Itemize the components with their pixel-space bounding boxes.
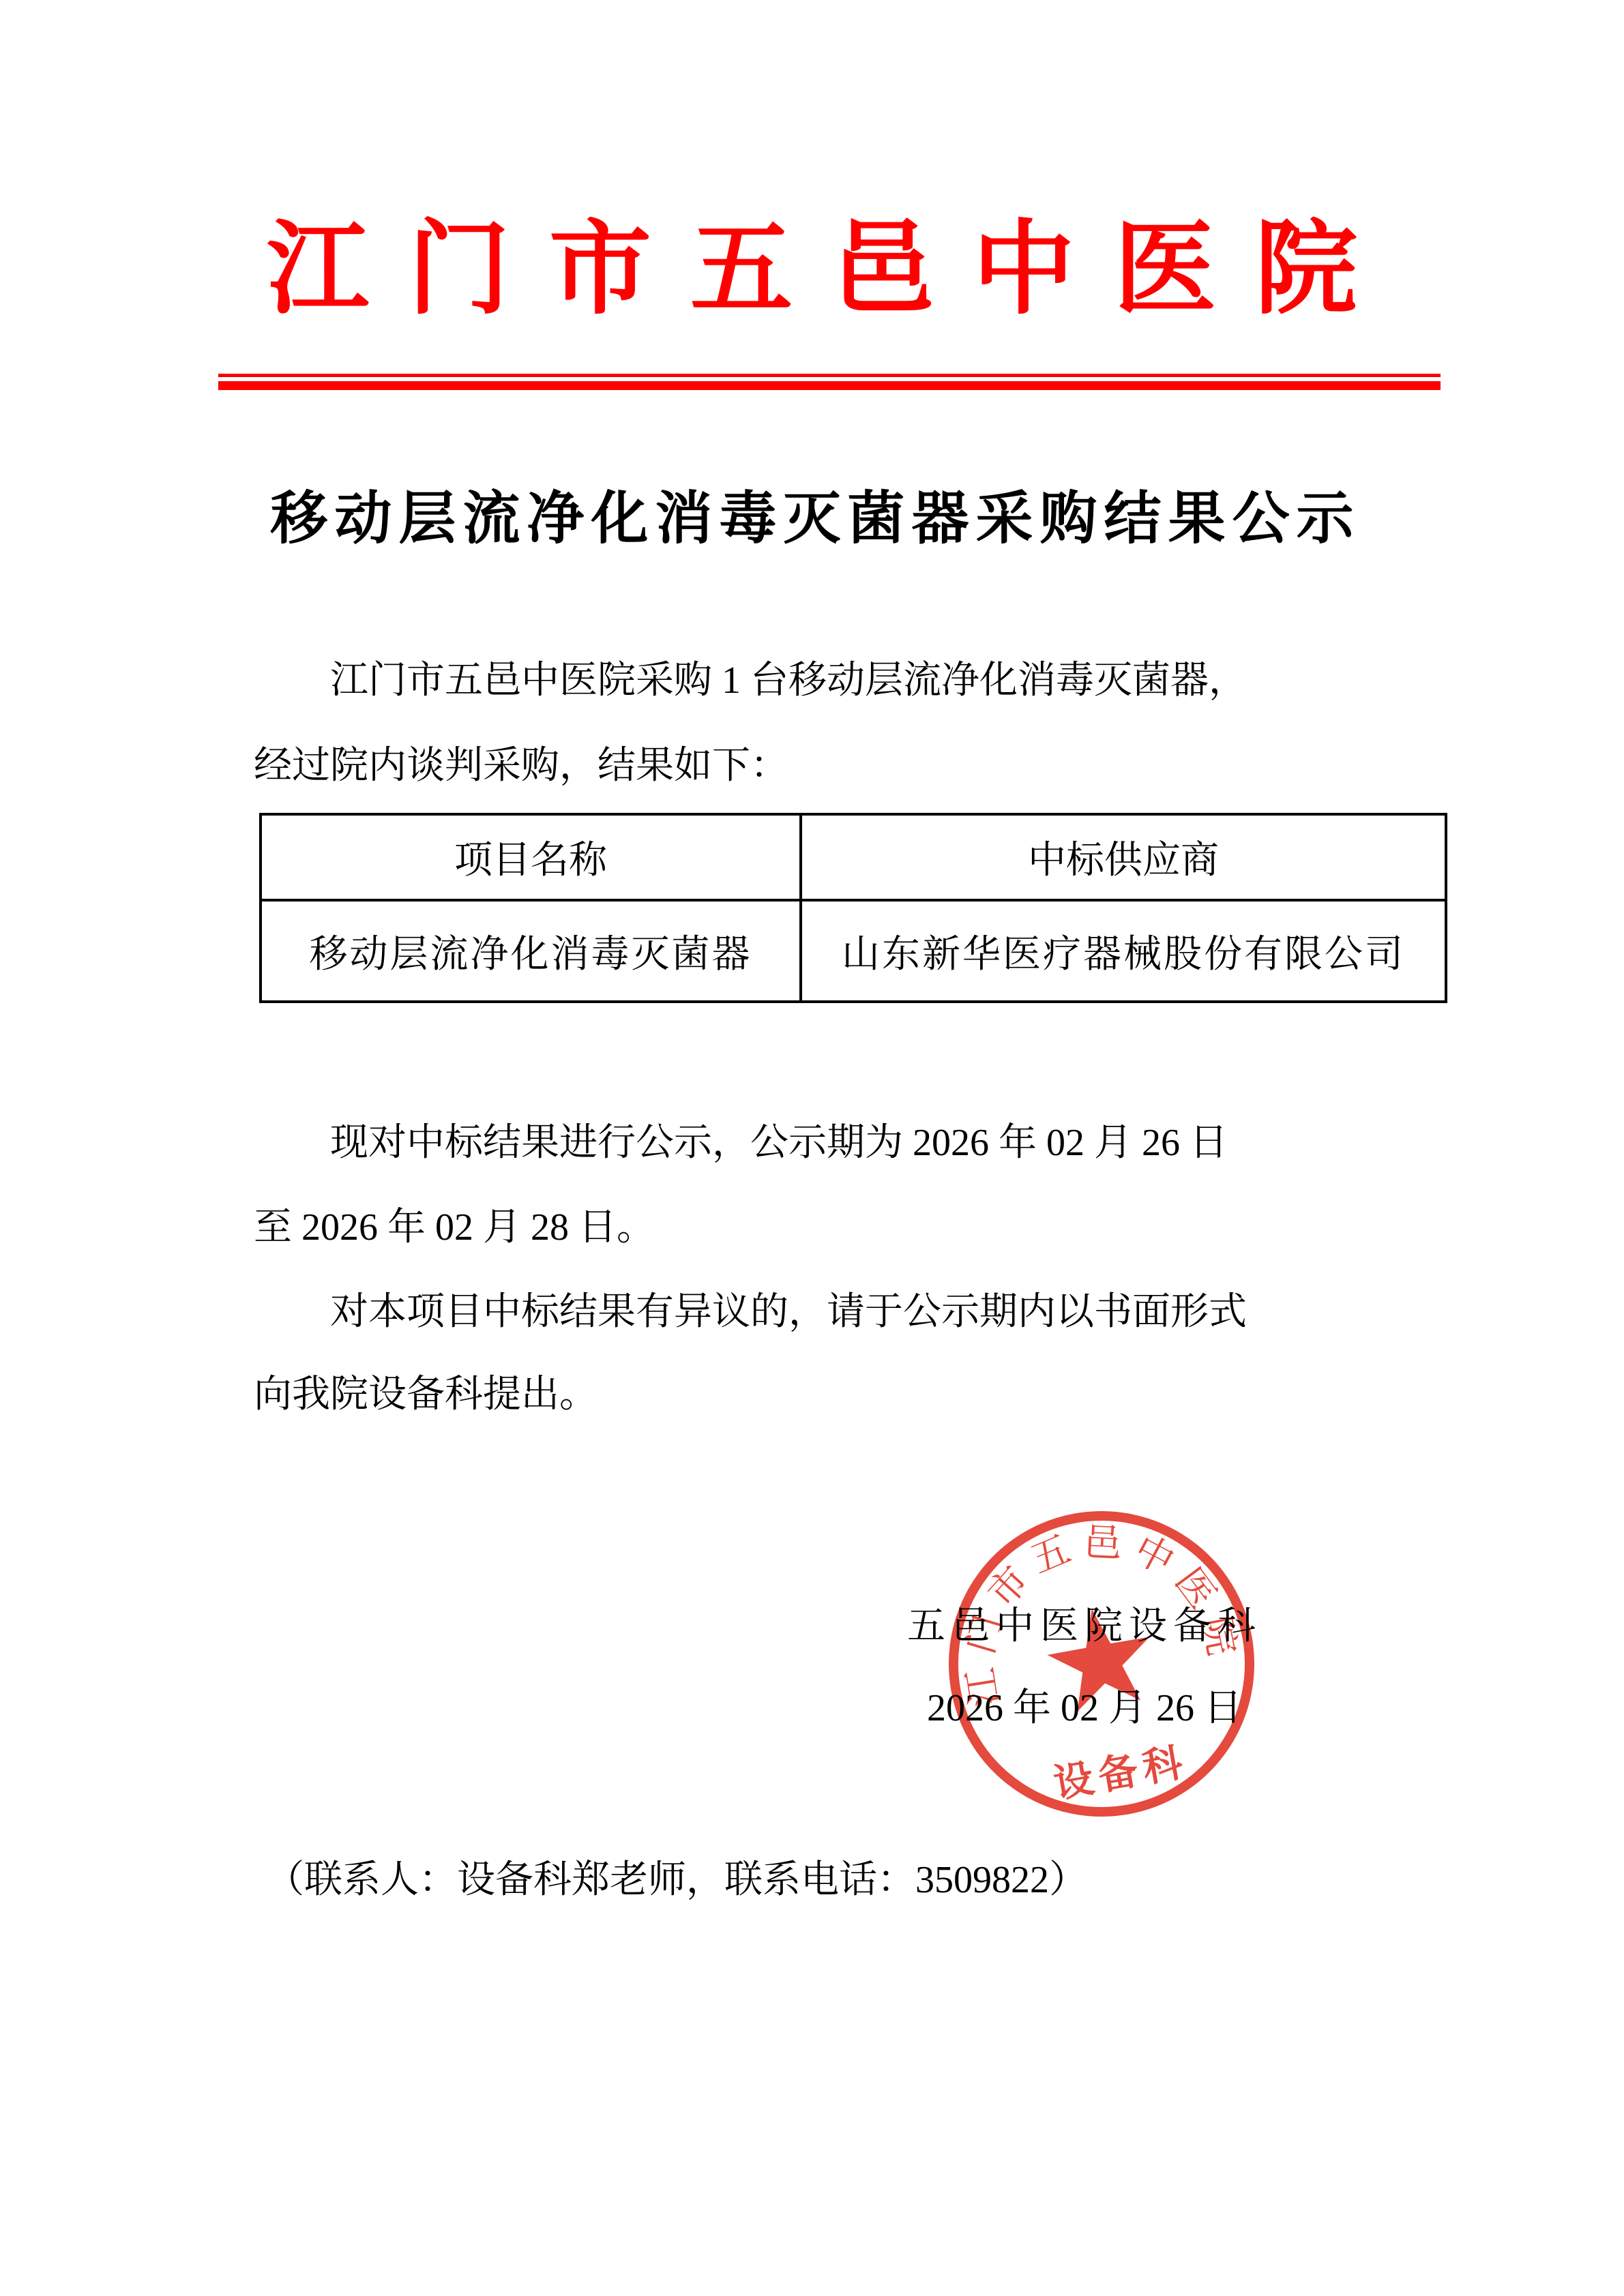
letterhead-hospital-name: 江门市五邑中医院 [0, 202, 1624, 338]
table-header-winning-supplier: 中标供应商 [801, 814, 1446, 900]
table-header-project-name: 项目名称 [261, 814, 801, 900]
page-title: 移动层流净化消毒灭菌器采购结果公示 [0, 486, 1624, 554]
letterhead-rule-thin [218, 374, 1441, 377]
table-cell-winning-supplier: 山东新华医疗器械股份有限公司 [801, 900, 1446, 1002]
paragraph-2-line-2: 至 2026 年 02 月 28 日。 [254, 1206, 1413, 1249]
stamp-star-icon [1041, 1600, 1160, 1715]
document-page: 江门市五邑中医院 移动层流净化消毒灭菌器采购结果公示 江门市五邑中医院采购 1 … [0, 0, 1624, 2296]
paragraph-2-line-1: 现对中标结果进行公示，公示期为 2026 年 02 月 26 日 [254, 1122, 1490, 1164]
department-seal-stamp: 江门市五邑中医院 设备科 [920, 1482, 1284, 1846]
stamp-svg: 江门市五邑中医院 设备科 [920, 1482, 1284, 1846]
letterhead-rule-thick [218, 381, 1441, 390]
paragraph-3-line-1: 对本项目中标结果有异议的，请于公示期内以书面形式 [254, 1291, 1490, 1333]
contact-line: （联系人：设备科郑老师，联系电话：3509822） [266, 1859, 1494, 1901]
paragraph-1-line-2: 经过院内谈判采购，结果如下： [254, 745, 1413, 787]
table-row: 移动层流净化消毒灭菌器 山东新华医疗器械股份有限公司 [261, 900, 1446, 1002]
paragraph-1-line-1: 江门市五邑中医院采购 1 台移动层流净化消毒灭菌器， [254, 659, 1490, 702]
paragraph-3-line-2: 向我院设备科提出。 [254, 1373, 1413, 1416]
procurement-result-table: 项目名称 中标供应商 移动层流净化消毒灭菌器 山东新华医疗器械股份有限公司 [259, 813, 1447, 1003]
table-cell-project-name: 移动层流净化消毒灭菌器 [261, 900, 801, 1002]
table-header-row: 项目名称 中标供应商 [261, 814, 1446, 900]
